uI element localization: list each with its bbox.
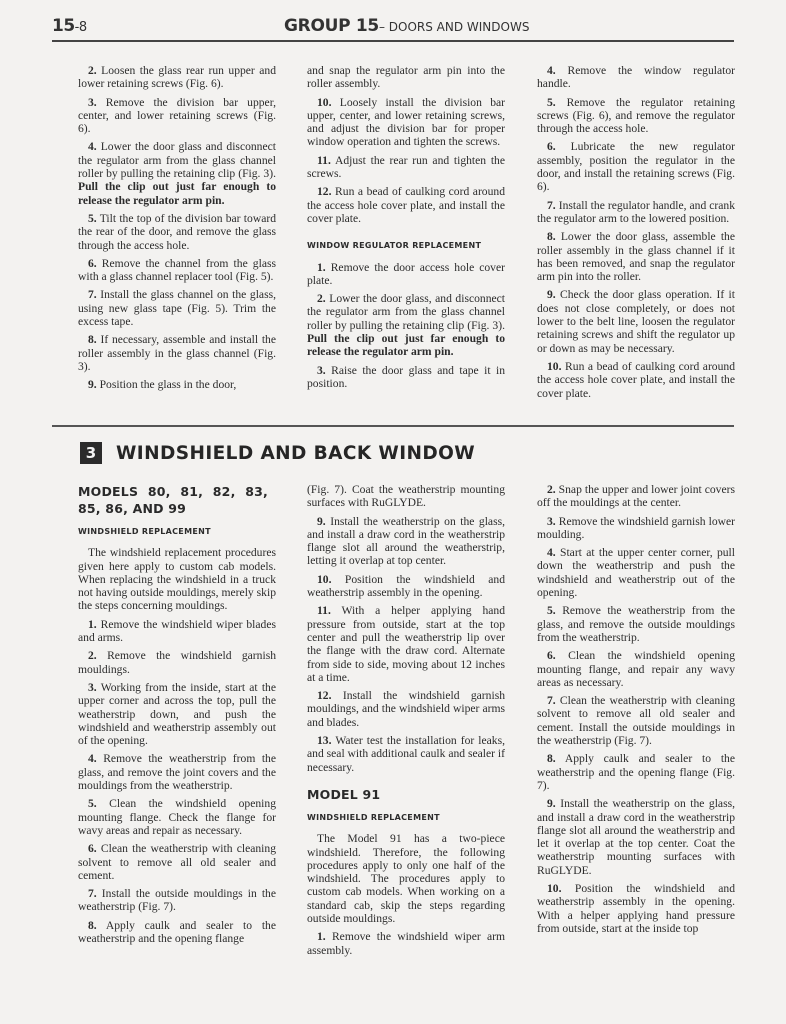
step-warning-text: Pull the clip out just far enough to rel…	[307, 332, 505, 358]
step-number: 6.	[88, 257, 97, 270]
step-text: Check the door glass operation. If it do…	[537, 288, 735, 354]
step-paragraph: 9. Check the door glass operation. If it…	[537, 288, 735, 354]
step-paragraph: 11. Adjust the rear run and tighten the …	[307, 154, 505, 181]
step-paragraph: 3. Raise the door glass and tape it in p…	[307, 364, 505, 391]
step-text: Adjust the rear run and tighten the scre…	[307, 154, 505, 180]
page-header: 15-8 GROUP 15– DOORS AND WINDOWS	[52, 14, 732, 42]
step-paragraph: 13. Water test the installation for leak…	[307, 734, 505, 774]
step-number: 3.	[88, 96, 97, 109]
group-name: GROUP 15	[284, 16, 379, 36]
step-paragraph: 10. Position the windshield and weathers…	[307, 573, 505, 600]
step-paragraph: 1. Remove the door access hole cover pla…	[307, 261, 505, 288]
bottom-column-3: 2. Snap the upper and lower joint covers…	[537, 483, 735, 940]
step-paragraph: 4. Remove the weatherstrip from the glas…	[78, 752, 276, 792]
step-text: Start at the upper center corner, pull d…	[537, 546, 735, 599]
step-number: 2.	[88, 64, 97, 77]
step-paragraph: 6. Clean the windshield opening mounting…	[537, 649, 735, 689]
step-text: Remove the window regulator handle.	[537, 64, 735, 90]
step-number: 7.	[547, 199, 556, 212]
step-text: Tilt the top of the division bar toward …	[78, 212, 276, 252]
step-number: 12.	[317, 689, 332, 702]
subheading-windshield-replacement-91: WINDSHIELD REPLACEMENT	[307, 811, 505, 824]
model-91-heading: MODEL 91	[307, 786, 505, 803]
step-paragraph: 4. Start at the upper center corner, pul…	[537, 546, 735, 599]
step-number: 5.	[547, 604, 556, 617]
step-text: Lower the door glass, assemble the rolle…	[537, 230, 735, 283]
intro-paragraph: The windshield replacement procedures gi…	[78, 546, 276, 612]
step-paragraph: 8. Lower the door glass, assemble the ro…	[537, 230, 735, 283]
step-paragraph: 6. Clean the weatherstrip with cleaning …	[78, 842, 276, 882]
step-number: 1.	[317, 261, 326, 274]
step-paragraph: 12. Install the windshield garnish mould…	[307, 689, 505, 729]
step-text: Loosely install the division bar upper, …	[307, 96, 505, 149]
step-number: 4.	[547, 64, 556, 77]
step-text: Position the glass in the door,	[97, 378, 237, 391]
step-text: Clean the weatherstrip with cleaning sol…	[537, 694, 735, 747]
step-paragraph: 10. Position the windshield and weathers…	[537, 882, 735, 935]
group-title: GROUP 15– DOORS AND WINDOWS	[284, 16, 529, 36]
page-number-main: 15	[52, 16, 75, 36]
step-number: 10.	[317, 96, 332, 109]
step-text: Apply caulk and sealer to the weatherstr…	[537, 752, 735, 792]
step-number: 4.	[88, 140, 97, 153]
step-text: Remove the door access hole cover plate.	[307, 261, 505, 287]
section-heading: 3 WINDSHIELD AND BACK WINDOW	[80, 441, 475, 465]
step-number: 3.	[88, 681, 97, 694]
step-paragraph: 3. Remove the division bar upper, center…	[78, 96, 276, 136]
step-paragraph: 10. Run a bead of caulking cord around t…	[537, 360, 735, 400]
step-paragraph: 7. Install the outside mouldings in the …	[78, 887, 276, 914]
step-number: 7.	[88, 887, 97, 900]
step-paragraph: 4. Lower the door glass and disconnect t…	[78, 140, 276, 206]
step-number: 6.	[547, 649, 556, 662]
paragraph-continuation: and snap the regulator arm pin into the …	[307, 64, 505, 91]
step-number: 9.	[88, 378, 97, 391]
step-number: 1.	[317, 930, 326, 943]
step-paragraph: 5. Remove the weatherstrip from the glas…	[537, 604, 735, 644]
step-number: 8.	[88, 919, 97, 932]
step-paragraph: 7. Install the regulator handle, and cra…	[537, 199, 735, 226]
step-paragraph: 2. Loosen the glass rear run upper and l…	[78, 64, 276, 91]
step-paragraph: 9. Position the glass in the door,	[78, 378, 276, 391]
step-number: 2.	[88, 649, 97, 662]
step-number: 2.	[317, 292, 326, 305]
step-paragraph: 3. Remove the windshield garnish lower m…	[537, 515, 735, 542]
step-text: Position the windshield and weatherstrip…	[307, 573, 505, 599]
paragraph-continuation: (Fig. 7). Coat the weatherstrip mounting…	[307, 483, 505, 510]
step-text: Remove the windshield wiper arm assembly…	[307, 930, 505, 956]
step-paragraph: 5. Tilt the top of the division bar towa…	[78, 212, 276, 252]
step-paragraph: 9. Install the weatherstrip on the glass…	[537, 797, 735, 877]
step-text: Apply caulk and sealer to the weatherstr…	[78, 919, 276, 945]
step-paragraph: 9. Install the weatherstrip on the glass…	[307, 515, 505, 568]
top-column-1: 2. Loosen the glass rear run upper and l…	[78, 64, 276, 397]
step-paragraph: 1. Remove the windshield wiper blades an…	[78, 618, 276, 645]
step-number: 10.	[317, 573, 332, 586]
step-number: 3.	[547, 515, 556, 528]
step-number: 9.	[317, 515, 326, 528]
step-paragraph: 5. Remove the regulator retaining screws…	[537, 96, 735, 136]
step-paragraph: 2. Lower the door glass, and disconnect …	[307, 292, 505, 358]
step-number: 10.	[547, 360, 562, 373]
step-number: 5.	[88, 212, 97, 225]
step-number: 8.	[547, 752, 556, 765]
step-number: 6.	[547, 140, 556, 153]
step-text: Install the weatherstrip on the glass, a…	[307, 515, 505, 568]
step-number: 10.	[547, 882, 562, 895]
step-text: Position the windshield and weatherstrip…	[537, 882, 735, 935]
step-number: 9.	[547, 797, 556, 810]
page-number: 15-8	[52, 16, 87, 36]
step-text: If necessary, assemble and install the r…	[78, 333, 276, 373]
step-text: Remove the division bar upper, center, a…	[78, 96, 276, 136]
step-number: 6.	[88, 842, 97, 855]
step-text: Water test the installation for leaks, a…	[307, 734, 505, 774]
bottom-column-1: MODELS 80, 81, 82, 83, 85, 86, AND 99 WI…	[78, 481, 276, 950]
step-text: Clean the windshield opening mounting fl…	[537, 649, 735, 689]
step-text: Remove the weatherstrip from the glass, …	[537, 604, 735, 644]
page-number-sub: -8	[75, 20, 87, 35]
step-paragraph: 8. Apply caulk and sealer to the weather…	[78, 919, 276, 946]
step-paragraph: 7. Install the glass channel on the glas…	[78, 288, 276, 328]
step-paragraph: 4. Remove the window regulator handle.	[537, 64, 735, 91]
step-text: Run a bead of caulking cord around the a…	[307, 185, 505, 225]
step-text: Install the outside mouldings in the wea…	[78, 887, 276, 913]
group-subtitle: – DOORS AND WINDOWS	[379, 20, 530, 34]
step-paragraph: 8. If necessary, assemble and install th…	[78, 333, 276, 373]
step-number: 13.	[317, 734, 332, 747]
step-number: 9.	[547, 288, 556, 301]
step-warning-text: Pull the clip out just far enough to rel…	[78, 180, 276, 206]
intro-paragraph-91: The Model 91 has a two-piece windshield.…	[307, 832, 505, 925]
step-text: Run a bead of caulking cord around the a…	[537, 360, 735, 400]
step-number: 4.	[88, 752, 97, 765]
step-text: Remove the regulator retaining screws (F…	[537, 96, 735, 136]
models-heading: MODELS 80, 81, 82, 83, 85, 86, AND 99	[78, 483, 268, 517]
step-paragraph: 6. Remove the channel from the glass wit…	[78, 257, 276, 284]
section-number-badge: 3	[80, 442, 102, 464]
section-divider	[52, 425, 734, 427]
step-number: 1.	[88, 618, 97, 631]
step-text: Install the glass channel on the glass, …	[78, 288, 276, 328]
step-text: With a helper applying hand pressure fro…	[307, 604, 505, 683]
step-paragraph: 12. Run a bead of caulking cord around t…	[307, 185, 505, 225]
step-paragraph: 3. Working from the inside, start at the…	[78, 681, 276, 747]
step-paragraph: 1. Remove the windshield wiper arm assem…	[307, 930, 505, 957]
step-number: 11.	[317, 604, 331, 617]
step-number: 2.	[547, 483, 556, 496]
step-paragraph: 6. Lubricate the new regulator assembly,…	[537, 140, 735, 193]
step-number: 5.	[88, 797, 97, 810]
section-title: WINDSHIELD AND BACK WINDOW	[116, 443, 475, 464]
step-text: Snap the upper and lower joint covers of…	[537, 483, 735, 509]
step-text: Install the windshield garnish mouldings…	[307, 689, 505, 729]
bottom-column-2: (Fig. 7). Coat the weatherstrip mounting…	[307, 483, 505, 962]
step-text: Lower the door glass, and disconnect the…	[307, 292, 505, 332]
step-text: Raise the door glass and tape it in posi…	[307, 364, 505, 390]
step-number: 11.	[317, 154, 331, 167]
step-text: Clean the windshield opening mounting fl…	[78, 797, 276, 837]
step-text: Loosen the glass rear run upper and lowe…	[78, 64, 276, 90]
step-text: Remove the windshield garnish lower moul…	[537, 515, 735, 541]
top-column-3: 4. Remove the window regulator handle.5.…	[537, 64, 735, 405]
step-paragraph: 8. Apply caulk and sealer to the weather…	[537, 752, 735, 792]
step-text: Remove the channel from the glass with a…	[78, 257, 276, 283]
step-text: Working from the inside, start at the up…	[78, 681, 276, 747]
step-number: 8.	[547, 230, 556, 243]
step-text: Clean the weatherstrip with cleaning sol…	[78, 842, 276, 882]
subheading-windshield-replacement: WINDSHIELD REPLACEMENT	[78, 525, 276, 538]
step-paragraph: 11. With a helper applying hand pressure…	[307, 604, 505, 684]
step-text: Remove the weatherstrip from the glass, …	[78, 752, 276, 792]
manual-page: 15-8 GROUP 15– DOORS AND WINDOWS 2. Loos…	[0, 0, 786, 1024]
step-paragraph: 2. Remove the windshield garnish mouldin…	[78, 649, 276, 676]
step-text: Remove the windshield garnish mouldings.	[78, 649, 276, 675]
step-number: 12.	[317, 185, 332, 198]
step-paragraph: 5. Clean the windshield opening mounting…	[78, 797, 276, 837]
step-text: Lower the door glass and disconnect the …	[78, 140, 276, 180]
step-paragraph: 7. Clean the weatherstrip with cleaning …	[537, 694, 735, 747]
step-text: Lubricate the new regulator assembly, po…	[537, 140, 735, 193]
step-text: Remove the windshield wiper blades and a…	[78, 618, 276, 644]
step-paragraph: 10. Loosely install the division bar upp…	[307, 96, 505, 149]
step-text: Install the regulator handle, and crank …	[537, 199, 735, 225]
step-text: Install the weatherstrip on the glass, a…	[537, 797, 735, 876]
step-number: 7.	[88, 288, 97, 301]
step-number: 8.	[88, 333, 97, 346]
step-number: 5.	[547, 96, 556, 109]
header-rule	[52, 40, 734, 42]
step-number: 3.	[317, 364, 326, 377]
step-paragraph: 2. Snap the upper and lower joint covers…	[537, 483, 735, 510]
step-number: 4.	[547, 546, 556, 559]
top-column-2: and snap the regulator arm pin into the …	[307, 64, 505, 395]
step-number: 7.	[547, 694, 556, 707]
subheading-window-regulator: WINDOW REGULATOR REPLACEMENT	[307, 239, 505, 252]
